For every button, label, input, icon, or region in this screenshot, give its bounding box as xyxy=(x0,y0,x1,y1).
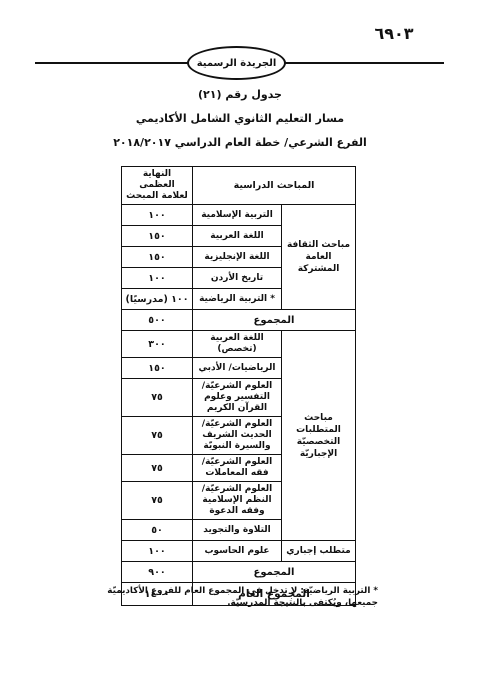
mark-cell: ١٠٠ xyxy=(122,541,193,562)
group-cell-common: مباحث الثقافة العامة المشتركة xyxy=(282,205,356,310)
mark-cell: ٧٥ xyxy=(122,455,193,482)
subject-cell: اللغة العربية xyxy=(193,226,282,247)
subject-cell: تاريخ الأردن xyxy=(193,268,282,289)
mark-cell: ٧٥ xyxy=(122,482,193,520)
table-number-title: جدول رقم (٢١) xyxy=(0,88,480,101)
track-title: مسار التعليم الثانوي الشامل الأكاديمي xyxy=(0,112,480,125)
mark-cell: ١٥٠ xyxy=(122,358,193,379)
group-cell-specialized: مباحث المتطلبات التخصصيّة الإجباريّة xyxy=(282,331,356,541)
col-header-max-mark-line2: لعلامة المبحث xyxy=(125,191,189,202)
mark-cell: ٧٥ xyxy=(122,379,193,417)
mark-cell: ١٥٠ xyxy=(122,226,193,247)
col-header-subjects: المباحث الدراسية xyxy=(193,167,356,205)
footnote: * التربية الرياضيّة: لا تدخل في المجموع … xyxy=(88,585,378,609)
branch-plan-title: الفرع الشرعي/ خطة العام الدراسي ٢٠١٨/٢٠١… xyxy=(0,136,480,149)
study-plan-table: المباحث الدراسية النهاية العظمى لعلامة ا… xyxy=(121,166,356,606)
masthead: الجريدة الرسمية xyxy=(0,44,480,84)
total-label: المجموع xyxy=(193,310,356,331)
subject-cell: العلوم الشرعيّة/ الحديث الشريف والسيرة ا… xyxy=(193,417,282,455)
subject-cell: علوم الحاسوب xyxy=(193,541,282,562)
subject-cell: العلوم الشرعيّة/ النظم الإسلامية وفقه ال… xyxy=(193,482,282,520)
col-header-max-mark-line1: النهاية العظمى xyxy=(125,169,189,191)
mark-cell: ١٠٠ (مدرسيًا) xyxy=(122,289,193,310)
masthead-oval: الجريدة الرسمية xyxy=(187,46,286,80)
mark-cell: ٣٠٠ xyxy=(122,331,193,358)
table-row: متطلب إجباري علوم الحاسوب ١٠٠ xyxy=(122,541,356,562)
subject-cell: * التربية الرياضية xyxy=(193,289,282,310)
mark-cell: ٧٥ xyxy=(122,417,193,455)
col-header-max-mark: النهاية العظمى لعلامة المبحث xyxy=(122,167,193,205)
subject-cell: العلوم الشرعيّة/ فقه المعاملات xyxy=(193,455,282,482)
subject-cell: اللغة الإنجليزية xyxy=(193,247,282,268)
group-cell-mandatory: متطلب إجباري xyxy=(282,541,356,562)
subject-cell: العلوم الشرعيّة/ التفسير وعلوم القرآن ال… xyxy=(193,379,282,417)
table-row: مباحث الثقافة العامة المشتركة التربية ال… xyxy=(122,205,356,226)
total-row-common: المجموع ٥٠٠ xyxy=(122,310,356,331)
mark-cell: ١٠٠ xyxy=(122,268,193,289)
total-value: ٥٠٠ xyxy=(122,310,193,331)
gazette-page: ٦٩٠٣ الجريدة الرسمية جدول رقم (٢١) مسار … xyxy=(0,0,480,679)
mark-cell: ٥٠ xyxy=(122,520,193,541)
table-header-row: المباحث الدراسية النهاية العظمى لعلامة ا… xyxy=(122,167,356,205)
total-row-specialized: المجموع ٩٠٠ xyxy=(122,562,356,583)
masthead-title: الجريدة الرسمية xyxy=(197,57,277,69)
mark-cell: ١٥٠ xyxy=(122,247,193,268)
total-value: ٩٠٠ xyxy=(122,562,193,583)
subject-cell: الرياضيات/ الأدبي xyxy=(193,358,282,379)
subject-cell: التلاوة والتجويد xyxy=(193,520,282,541)
subject-cell: اللغة العربية (تخصص) xyxy=(193,331,282,358)
page-number: ٦٩٠٣ xyxy=(363,24,425,43)
table-row: مباحث المتطلبات التخصصيّة الإجباريّة الل… xyxy=(122,331,356,358)
subject-cell: التربية الإسلامية xyxy=(193,205,282,226)
total-label: المجموع xyxy=(193,562,356,583)
mark-cell: ١٠٠ xyxy=(122,205,193,226)
